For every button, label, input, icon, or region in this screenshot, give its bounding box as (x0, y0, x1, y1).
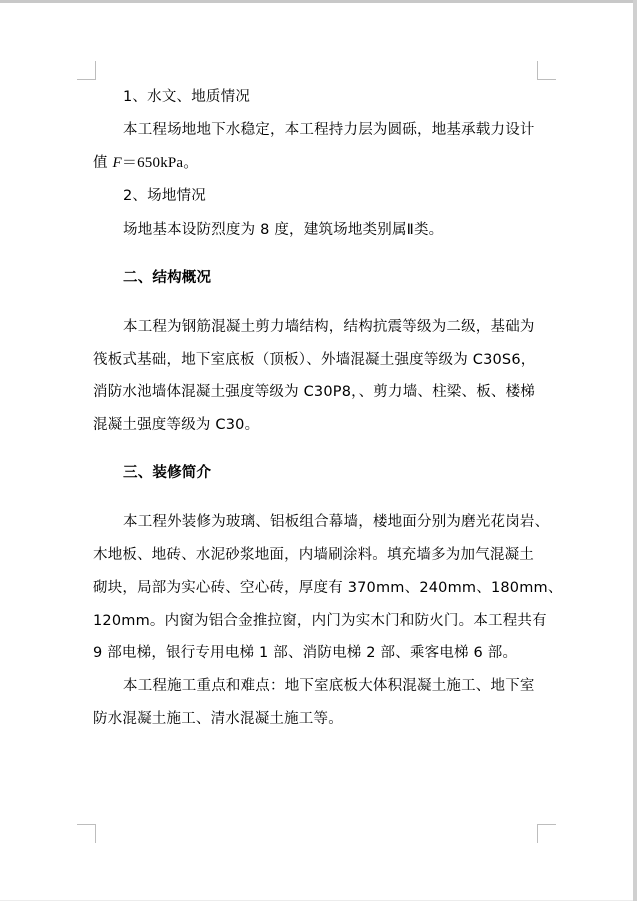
formula-variable: F (113, 155, 122, 171)
paragraph-line: 本工程场地地下水稳定，本工程持力层为圆砾，地基承载力设计 (123, 120, 535, 140)
document-page: 1、水文、地质情况 本工程场地地下水稳定，本工程持力层为圆砾，地基承载力设计 值… (0, 3, 633, 900)
subheading-site-conditions: 2、场地情况 (123, 186, 206, 206)
paragraph-line: 混凝土强度等级为 C30。 (93, 415, 259, 435)
section-heading-decoration: 三、装修简介 (123, 463, 211, 483)
paragraph-line: 场地基本设防烈度为 8 度，建筑场地类别属Ⅱ类。 (123, 220, 443, 240)
margin-corner-bottom-left-icon (77, 824, 96, 843)
paragraph-line: 筏板式基础，地下室底板（顶板）、外墙混凝土强度等级为 C30S6， (93, 350, 535, 370)
paragraph-line: 120mm。内窗为铝合金推拉窗，内门为实木门和防火门。本工程共有 (93, 611, 547, 631)
paragraph-line: 防水混凝土施工、清水混凝土施工等。 (93, 709, 343, 729)
paragraph-line: 木地板、地砖、水泥砂浆地面，内墙刷涂料。填充墙多为加气混凝土 (93, 545, 534, 565)
paragraph-line: 本工程施工重点和难点：地下室底板大体积混凝土施工、地下室 (123, 676, 535, 696)
paragraph-line: 砌块，局部为实心砖、空心砖，厚度有 370mm、240mm、180mm、 (93, 578, 563, 598)
formula-value: ＝650kPa。 (122, 155, 199, 171)
subheading-hydrology-geology: 1、水文、地质情况 (123, 87, 250, 107)
paragraph-line: 值 F＝650kPa。 (93, 153, 199, 173)
paragraph-line: 本工程外装修为玻璃、铝板组合幕墙，楼地面分别为磨光花岗岩、 (123, 512, 549, 532)
paragraph-line: 本工程为钢筋混凝土剪力墙结构，结构抗震等级为二级，基础为 (123, 317, 535, 337)
text-fragment: 值 (93, 155, 113, 171)
paragraph-line: 消防水池墙体混凝土强度等级为 C30P8，、剪力墙、柱梁、板、楼梯 (93, 382, 535, 402)
paragraph-line: 9 部电梯，银行专用电梯 1 部、消防电梯 2 部、乘客电梯 6 部。 (93, 643, 517, 663)
margin-corner-top-right-icon (537, 61, 556, 80)
section-heading-structure: 二、结构概况 (123, 268, 211, 288)
vertical-scrollbar-track[interactable] (633, 0, 637, 901)
margin-corner-bottom-right-icon (537, 824, 556, 843)
margin-corner-top-left-icon (77, 61, 96, 80)
